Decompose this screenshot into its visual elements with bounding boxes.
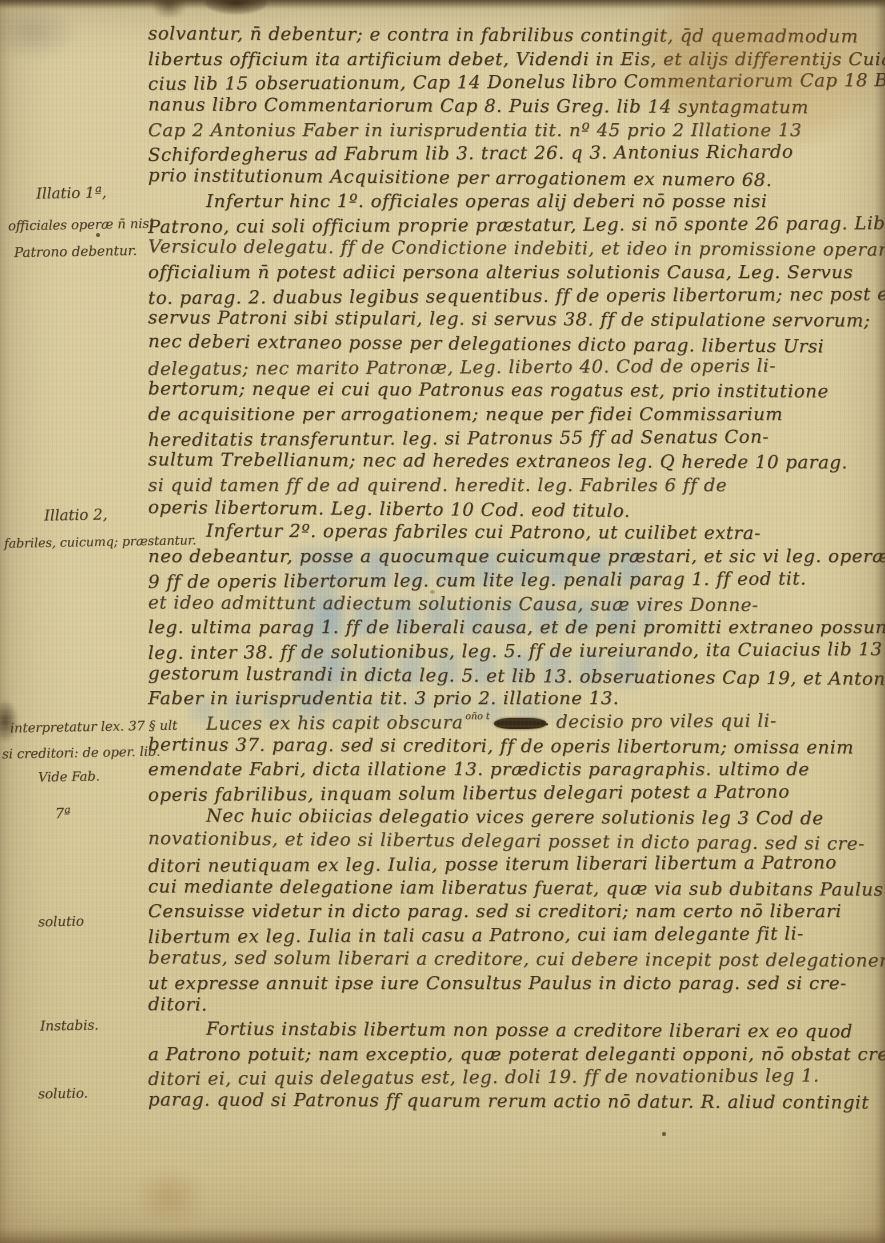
page-edge-bottom	[0, 1227, 885, 1243]
manuscript-line: 9 ff de operis libertorum leg. cum lite …	[148, 567, 884, 595]
manuscript-line: solvantur, n̄ debentur; e contra in fabr…	[148, 22, 884, 49]
manuscript-line: libertum ex leg. Iulia in tali casu a Pa…	[148, 922, 884, 950]
margin-annotations: Illatio 1ª,officiales operæ n̄ nisiPatro…	[0, 0, 160, 1243]
manuscript-line: leg. inter 38. ff de solutionibus, leg. …	[148, 638, 884, 666]
manuscript-line: et ideo admittunt adiectum solutionis Ca…	[148, 591, 884, 618]
manuscript-line: ditori neutiquam ex leg. Iulia, posse it…	[148, 851, 884, 879]
manuscript-line: Censuisse videtur in dicto parag. sed si…	[148, 900, 884, 924]
margin-note: Vide Fab.	[38, 769, 100, 785]
manuscript-line: servus Patroni sibi stipulari, leg. si s…	[148, 307, 884, 334]
manuscript-line: officialium n̄ potest adiici persona alt…	[148, 261, 884, 285]
manuscript-line: ut expresse annuit ipse iure Consultus P…	[148, 972, 884, 996]
margin-note: officiales operæ n̄ nisi	[8, 217, 154, 235]
manuscript-line: beratus, sed solum liberari a creditore,…	[148, 946, 884, 973]
manuscript-line: Infertur 2º. operas fabriles cui Patrono…	[148, 520, 884, 547]
speck	[430, 590, 435, 594]
manuscript-line: Nec huic obiicias delegatio vices gerere…	[148, 804, 884, 831]
page-edge-top	[0, 0, 885, 9]
margin-note: Illatio 2,	[44, 505, 108, 524]
line-text: Luces ex his capit obscura	[206, 712, 463, 734]
margin-note: Patrono debentur.	[14, 243, 137, 261]
interlinear-correction: oño t	[465, 711, 489, 722]
line-text: decisio pro viles qui li-	[550, 711, 777, 733]
manuscript-line: Luces ex his capit obscuraoño t decisio …	[148, 709, 884, 737]
speck	[96, 233, 100, 237]
margin-note: Illatio 1ª,	[36, 183, 107, 202]
manuscript-line: Versiculo delegatu. ff de Condictione in…	[148, 236, 884, 263]
manuscript-line: ditori ei, cui quis delegatus est, leg. …	[148, 1064, 884, 1092]
manuscript-line: Fortius instabis libertum non posse a cr…	[148, 1017, 884, 1044]
manuscript-body: solvantur, n̄ debentur; e contra in fabr…	[148, 24, 884, 1114]
manuscript-line: a Patrono potuit; nam exceptio, quæ pote…	[148, 1043, 884, 1067]
manuscript-line: si quid tamen ff de ad quirend. heredit.…	[148, 474, 884, 498]
manuscript-line: Infertur hinc 1º. officiales operas alij…	[148, 190, 884, 214]
margin-note: 7ª	[55, 806, 71, 822]
margin-note: Instabis.	[40, 1017, 99, 1034]
manuscript-line: Cap 2 Antonius Faber in iurisprudentia t…	[148, 119, 884, 143]
manuscript-line: bertorum; neque ei cui quo Patronus eas …	[148, 378, 884, 405]
manuscript-line: bertinus 37. parag. sed si creditori, ff…	[148, 733, 884, 760]
inkblot-strikethrough	[494, 718, 546, 729]
manuscript-line: cius lib 15 obseruationum, Cap 14 Donelu…	[148, 69, 884, 97]
manuscript-line: parag. quod si Patronus ff quarum rerum …	[148, 1088, 884, 1115]
manuscript-line: nanus libro Commentariorum Cap 8. Puis G…	[148, 93, 884, 120]
manuscript-line: Faber in iurisprudentia tit. 3 prio 2. i…	[148, 687, 884, 711]
manuscript-line: neo debeantur, posse a quocumque cuicumq…	[148, 545, 884, 569]
margin-note: si creditori: de oper. lib.	[2, 745, 161, 763]
margin-note: solutio.	[38, 1086, 88, 1103]
manuscript-line: sultum Trebellianum; nec ad heredes extr…	[148, 449, 884, 476]
manuscript-line: de acquisitione per arrogationem; neque …	[148, 403, 884, 427]
manuscript-line: operis fabrilibus, inquam solum libertus…	[148, 780, 884, 808]
margin-note: solutio	[38, 914, 84, 931]
margin-note: interpretatur lex. 37 § ult	[10, 719, 178, 737]
manuscript-line: Schifordegherus ad Fabrum lib 3. tract 2…	[148, 141, 884, 169]
manuscript-page: solvantur, n̄ debentur; e contra in fabr…	[0, 0, 885, 1243]
manuscript-line: leg. ultima parag 1. ff de liberali caus…	[148, 616, 884, 640]
page-edge-right	[875, 0, 885, 1243]
speck	[662, 1132, 666, 1136]
manuscript-line: emendate Fabri, dicta illatione 13. præd…	[148, 758, 884, 782]
manuscript-line: libertus officium ita artificium debet, …	[148, 48, 884, 72]
manuscript-line: cui mediante delegatione iam liberatus f…	[148, 875, 884, 902]
